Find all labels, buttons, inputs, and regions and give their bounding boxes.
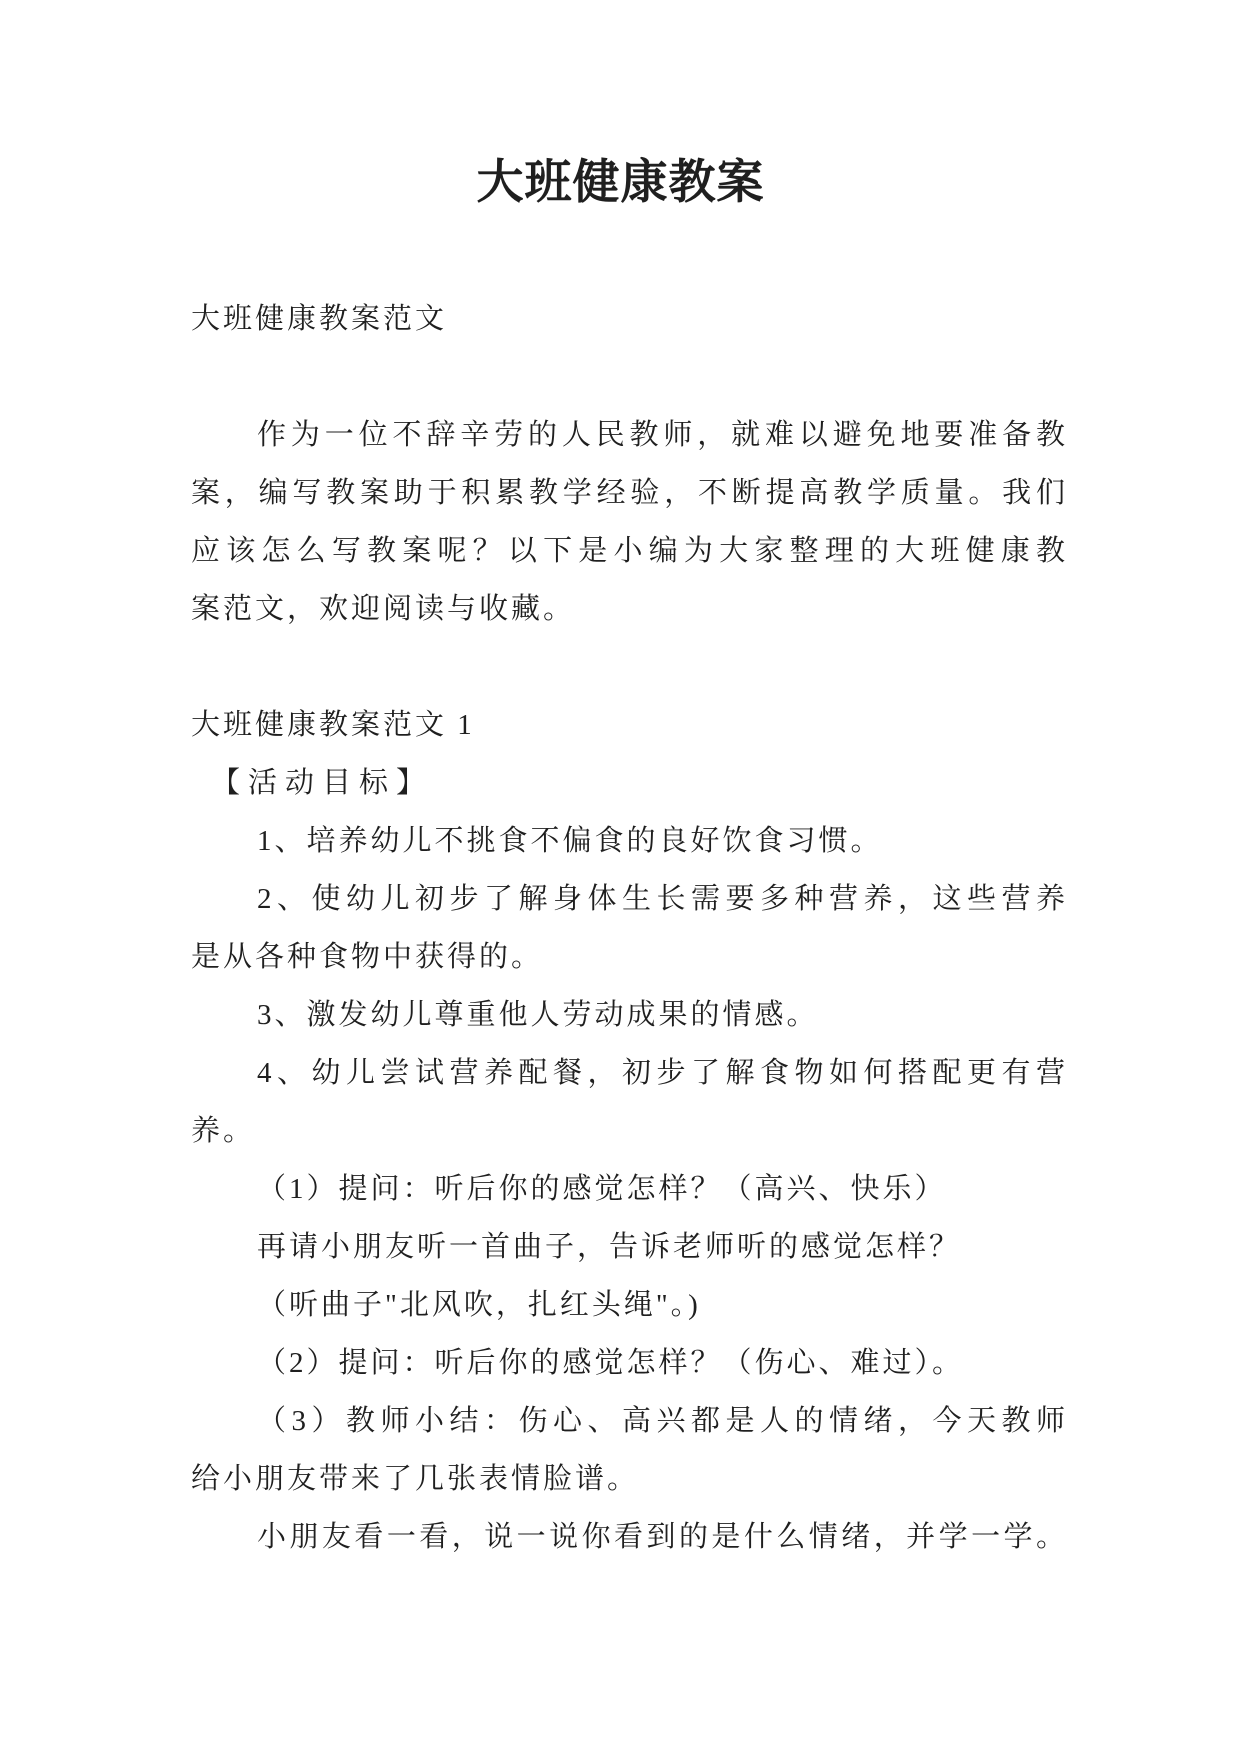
intro-paragraph-line: 作为一位不辞辛劳的人民教师，就难以避免地要准备教 bbox=[257, 406, 1068, 464]
look-and-learn-line: 小朋友看一看，说一说你看到的是什么情绪，并学一学。 bbox=[257, 1508, 1068, 1566]
goal-4-line: 养。 bbox=[191, 1102, 255, 1160]
goal-3-line: 3、激发幼儿尊重他人劳动成果的情感。 bbox=[257, 986, 819, 1044]
teacher-summary-line: 给小朋友带来了几张表情脸谱。 bbox=[191, 1450, 639, 1508]
goal-2-line: 是从各种食物中获得的。 bbox=[191, 928, 543, 986]
question-1-line: （1）提问：听后你的感觉怎样？（高兴、快乐） bbox=[257, 1160, 947, 1218]
intro-paragraph-line: 案，编写教案助于积累教学经验，不断提高教学质量。我们 bbox=[191, 464, 1068, 522]
question-2-line: （2）提问：听后你的感觉怎样？（伤心、难过）。 bbox=[257, 1334, 964, 1392]
document-page: 大班健康教案 大班健康教案范文作为一位不辞辛劳的人民教师，就难以避免地要准备教案… bbox=[0, 0, 1241, 1754]
goal-4-line: 4、幼儿尝试营养配餐，初步了解食物如何搭配更有营 bbox=[257, 1044, 1068, 1102]
activity-goals-heading-line: 【活动目标】 bbox=[211, 754, 433, 812]
intro-paragraph-line: 应该怎么写教案呢？以下是小编为大家整理的大班健康教 bbox=[191, 522, 1068, 580]
section-heading-line: 大班健康教案范文 1 bbox=[191, 696, 475, 754]
song-note-line: （听曲子"北风吹，扎红头绳"。) bbox=[257, 1276, 701, 1334]
intro-paragraph-line: 案范文，欢迎阅读与收藏。 bbox=[191, 580, 575, 638]
teacher-summary-line: （3）教师小结：伤心、高兴都是人的情绪，今天教师 bbox=[257, 1392, 1068, 1450]
document-title: 大班健康教案 bbox=[0, 152, 1241, 214]
subtitle-line: 大班健康教案范文 bbox=[191, 290, 447, 348]
listen-again-line: 再请小朋友听一首曲子，告诉老师听的感觉怎样？ bbox=[257, 1218, 961, 1276]
goal-2-line: 2、使幼儿初步了解身体生长需要多种营养，这些营养 bbox=[257, 870, 1068, 928]
goal-1-line: 1、培养幼儿不挑食不偏食的良好饮食习惯。 bbox=[257, 812, 883, 870]
